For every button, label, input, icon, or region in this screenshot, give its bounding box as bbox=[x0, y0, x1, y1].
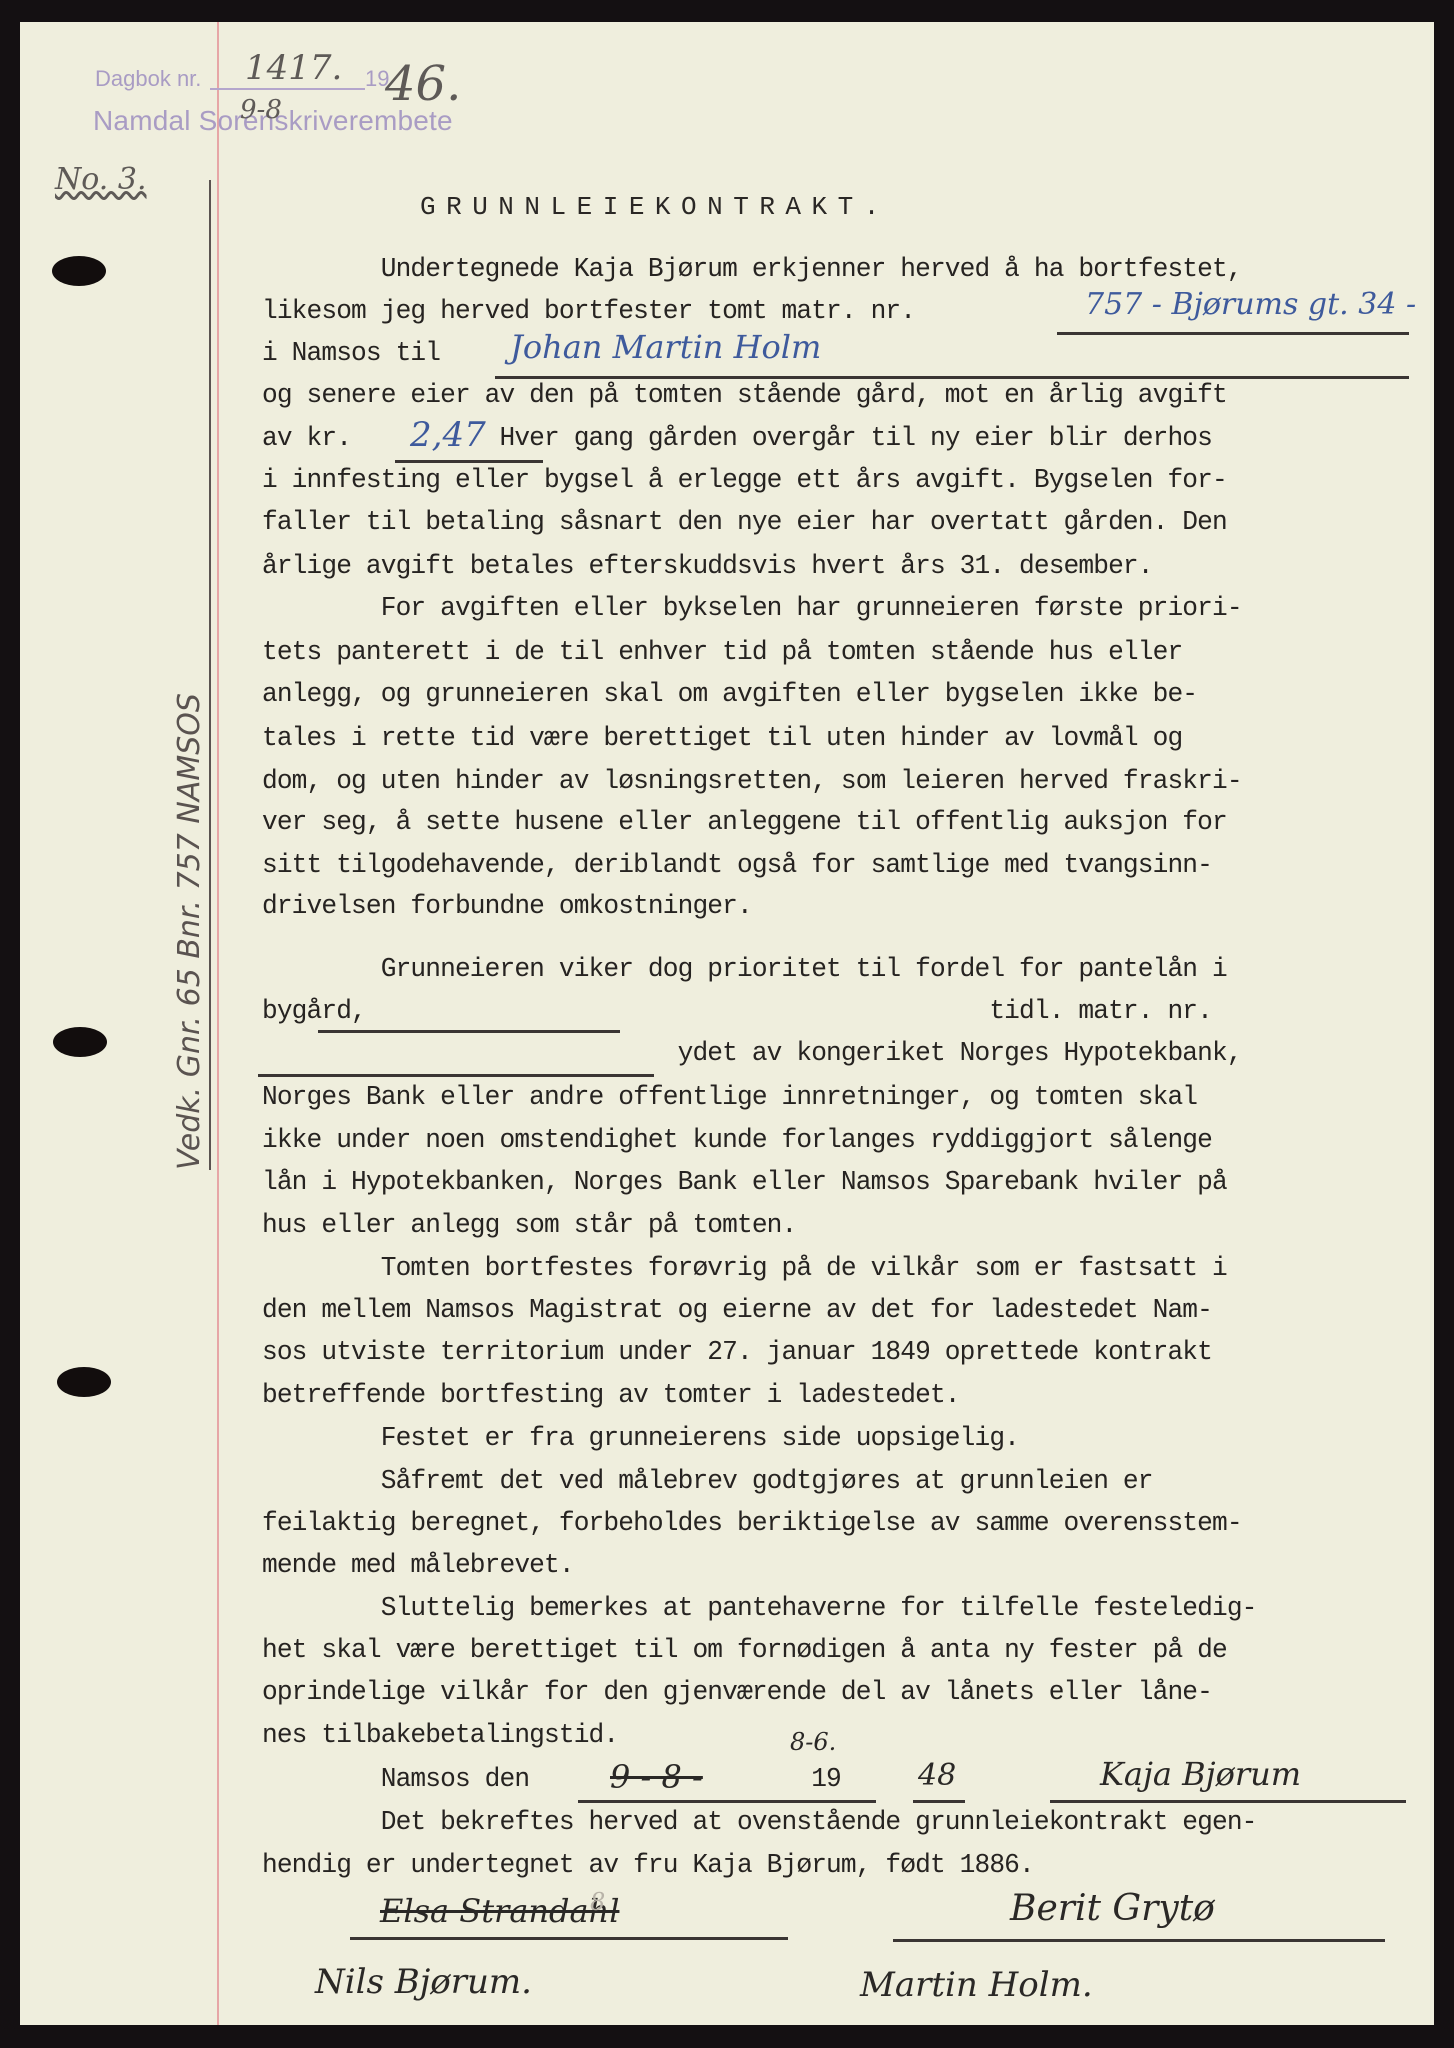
page-title: GRUNNLEIEKONTRAKT. bbox=[420, 192, 890, 222]
document-number: No. 3. bbox=[55, 162, 146, 197]
text-line: oprindelige vilkår for den gjenværende d… bbox=[262, 1678, 1212, 1708]
text-line: hendig er undertegnet av fru Kaja Bjørum… bbox=[262, 1851, 1034, 1881]
text-line: av kr. Hver gang gården overgår til ny e… bbox=[262, 424, 1212, 454]
witness-signature-2: Berit Grytø bbox=[1010, 1888, 1215, 1929]
witness-signature-1: Elsa Strandahl bbox=[380, 1892, 619, 1930]
field-underline bbox=[913, 1800, 965, 1803]
text-line: sos utviste territorium under 27. januar… bbox=[262, 1338, 1212, 1368]
signature-nils-bjorum: Nils Bjørum. bbox=[315, 1962, 532, 2002]
text-line: Namsos den 19 bbox=[262, 1765, 841, 1795]
matr-nr-handwritten: 757 - Bjørums gt. 34 - bbox=[1085, 287, 1416, 322]
text-line: den mellem Namsos Magistrat og eierne av… bbox=[262, 1296, 1212, 1326]
text-line: tets panterett i de til enhver tid på to… bbox=[262, 638, 1182, 668]
punch-hole bbox=[52, 256, 106, 286]
margin-rule bbox=[217, 22, 219, 2025]
text-line: drivelsen forbundne omkostninger. bbox=[262, 892, 752, 922]
text-line: ver seg, å sette husene eller anleggene … bbox=[262, 808, 1227, 838]
punch-hole bbox=[57, 1367, 111, 1397]
signature-martin-holm: Martin Holm. bbox=[860, 1965, 1093, 2005]
text-line: Det bekreftes herved at ovenstående grun… bbox=[262, 1808, 1257, 1838]
punch-hole bbox=[53, 1027, 107, 1057]
text-line: i Namsos til bbox=[262, 339, 440, 369]
field-underline bbox=[318, 1030, 620, 1033]
stamp-underline bbox=[210, 88, 365, 90]
dagbok-number: 1417. bbox=[245, 48, 342, 88]
text-line: Grunneieren viker dog prioritet til ford… bbox=[262, 955, 1227, 985]
text-line: årlige avgift betales efterskuddsvis hve… bbox=[262, 552, 1153, 582]
text-line: i innfesting eller bygsel å erlegge ett … bbox=[262, 466, 1227, 496]
text-line: bygård, tidl. matr. nr. bbox=[262, 997, 1212, 1027]
text-line: hus eller anlegg som står på tomten. bbox=[262, 1211, 796, 1241]
faint-pencil-mark: 8 bbox=[590, 1888, 605, 1916]
field-underline bbox=[1050, 1800, 1406, 1803]
text-line: ikke under noen omstendighet kunde forla… bbox=[262, 1126, 1212, 1156]
text-line: lån i Hypotekbanken, Norges Bank eller N… bbox=[262, 1168, 1227, 1198]
text-line: tales i rette tid være berettiget til ut… bbox=[262, 724, 1182, 754]
field-underline bbox=[495, 376, 1409, 379]
margin-note-vertical: Vedk. Gnr. 65 Bnr. 757 NAMSOS bbox=[172, 180, 211, 1170]
dagbok-year: 46. bbox=[385, 56, 461, 112]
text-line: sitt tilgodehavende, deriblandt også for… bbox=[262, 851, 1212, 881]
field-underline bbox=[258, 1074, 654, 1077]
date-correction-handwritten: 8-6. bbox=[790, 1728, 836, 1756]
signature-line bbox=[893, 1939, 1385, 1942]
signature-line bbox=[350, 1937, 788, 1940]
tenant-handwritten: Johan Martin Holm bbox=[510, 328, 821, 366]
text-line: anlegg, og grunneieren skal om avgiften … bbox=[262, 680, 1197, 710]
text-line: nes tilbakebetalingstid. bbox=[262, 1721, 618, 1751]
text-line: For avgiften eller bykselen har grunneie… bbox=[262, 594, 1242, 624]
year-handwritten: 48 bbox=[918, 1758, 956, 1793]
field-underline bbox=[395, 460, 543, 463]
text-line: og senere eier av den på tomten stående … bbox=[262, 381, 1227, 411]
owner-signature: Kaja Bjørum bbox=[1100, 1755, 1301, 1793]
text-line: Norges Bank eller andre offentlige innre… bbox=[262, 1083, 1197, 1113]
text-line: Festet er fra grunneierens side uopsigel… bbox=[262, 1424, 1019, 1454]
text-line: dom, og uten hinder av løsningsretten, s… bbox=[262, 767, 1242, 797]
text-line: betreffende bortfesting av tomter i lade… bbox=[262, 1381, 960, 1411]
text-line: ydet av kongeriket Norges Hypotekbank, bbox=[262, 1039, 1242, 1069]
text-line: het skal være berettiget til om fornødig… bbox=[262, 1636, 1227, 1666]
text-line: likesom jeg herved bortfester tomt matr.… bbox=[262, 297, 915, 327]
field-underline bbox=[1057, 332, 1409, 335]
text-line: faller til betaling såsnart den nye eier… bbox=[262, 508, 1227, 538]
text-line: Sluttelig bemerkes at pantehaverne for t… bbox=[262, 1594, 1257, 1624]
dagbok-date: 9-8 bbox=[240, 95, 282, 125]
stamp-dagbok-label: Dagbok nr. bbox=[95, 66, 201, 92]
text-line: Tomten bortfestes forøvrig på de vilkår … bbox=[262, 1254, 1227, 1284]
text-line: mende med målebrevet. bbox=[262, 1551, 574, 1581]
amount-handwritten: 2,47 bbox=[410, 415, 486, 455]
text-line: Undertegnede Kaja Bjørum erkjenner herve… bbox=[262, 255, 1242, 285]
text-line: Såfremt det ved målebrev godtgjøres at g… bbox=[262, 1467, 1153, 1497]
date-struck-handwritten: 9 - 8 - bbox=[610, 1758, 703, 1796]
text-line: feilaktig beregnet, forbeholdes beriktig… bbox=[262, 1509, 1242, 1539]
field-underline bbox=[578, 1800, 876, 1803]
